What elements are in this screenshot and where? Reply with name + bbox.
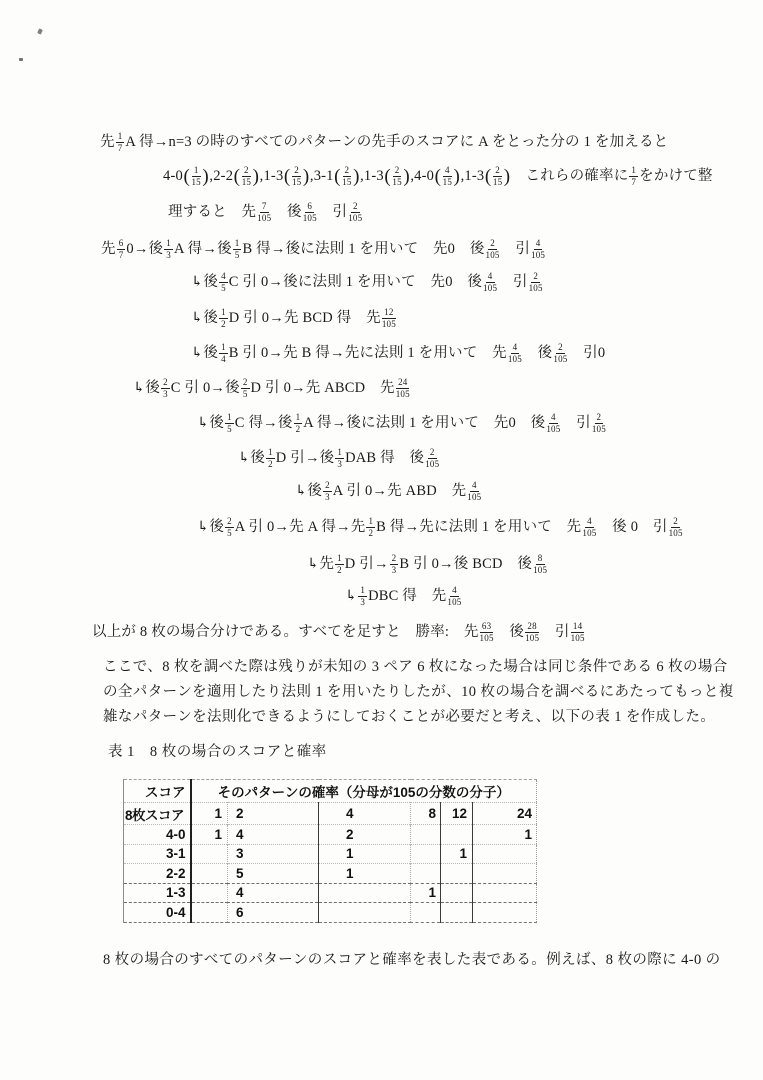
fraction-numerator: 2 <box>531 272 540 283</box>
fraction-numerator: 4 <box>549 413 558 424</box>
math-line: 以上が 8 枚の場合分けである。すべてを足すと 勝率: 先63105 後2810… <box>92 622 586 643</box>
math-text: 引 <box>540 623 569 641</box>
math-line: ↳先12D 引→23B 引 0→後 BCD 後8105 <box>307 554 548 575</box>
close-parenthesis: ) <box>504 167 511 186</box>
fraction-denominator: 2 <box>268 459 273 469</box>
fraction-denominator: 105 <box>486 250 500 260</box>
fraction: 215 <box>493 166 502 187</box>
fraction-denominator: 105 <box>531 250 545 260</box>
close-parenthesis: ) <box>353 167 360 186</box>
fraction-denominator: 105 <box>447 597 461 607</box>
scan-artifact <box>19 58 23 61</box>
table-cell: 6 <box>228 903 319 923</box>
math-line: ↳後45C 引 0→後に法則 1 を用いて 先0 後4105 引2105 <box>191 272 544 293</box>
math-line: ↳後23C 引 0→後25D 引 0→先 ABCD 先24105 <box>133 378 411 399</box>
fraction: 13 <box>358 586 367 607</box>
math-text: D 引→ <box>345 555 389 573</box>
math-line: ↳後12D 引→後13DAB 得 後2105 <box>238 448 440 469</box>
fraction-numerator: 1 <box>116 132 125 143</box>
math-text: B 得→後に法則 1 を用いて 先0 後 <box>242 240 484 258</box>
table-row: 1-3 4 1 <box>124 883 537 903</box>
fraction: 2105 <box>553 343 567 364</box>
fraction: 4105 <box>467 481 481 502</box>
fraction-numerator: 6 <box>117 239 126 250</box>
table-cell: 2 <box>319 825 411 845</box>
table-subheader-2: 2 <box>228 803 319 825</box>
math-text: ↳先 <box>307 555 334 573</box>
fraction: 12 <box>294 413 303 434</box>
math-text: 4-0 <box>163 167 183 185</box>
fraction-numerator: 1 <box>225 413 234 424</box>
fraction: 23 <box>161 378 170 399</box>
table-cell: 1 <box>319 864 411 884</box>
fraction-denominator: 105 <box>425 459 439 469</box>
fraction-denominator: 3 <box>166 250 171 260</box>
fraction-numerator: 4 <box>450 586 459 597</box>
open-parenthesis: ( <box>183 167 190 186</box>
fraction-numerator: 4 <box>534 239 543 250</box>
fraction-numerator: 2 <box>242 166 251 177</box>
fraction-denominator: 105 <box>546 424 560 434</box>
document-page: 先17A 得→n=3 の時のすべてのパターンの先手のスコアに A をとった分の … <box>0 0 763 1080</box>
math-text: DBC 得 先 <box>368 587 446 605</box>
math-text: B 引 0→先 B 得→先に法則 1 を用いて 先 <box>229 344 507 362</box>
fraction: 2105 <box>592 413 606 434</box>
fraction-numerator: 1 <box>164 239 173 250</box>
table-subheader-1: 1 <box>191 803 228 825</box>
open-parenthesis: ( <box>384 167 391 186</box>
fraction: 4105 <box>447 586 461 607</box>
fraction: 25 <box>241 378 250 399</box>
math-text: 先 <box>101 240 116 258</box>
fraction-numerator: 2 <box>343 166 352 177</box>
fraction-numerator: 4 <box>443 166 452 177</box>
fraction-denominator: 3 <box>360 597 365 607</box>
math-line: ↳後23A 引 0→先 ABD 先4105 <box>295 481 482 502</box>
math-text: D 引 0→先 BCD 得 先 <box>229 309 381 327</box>
fraction-denominator: 105 <box>529 283 543 293</box>
table-cell <box>473 864 537 884</box>
table-subheader-8: 8 <box>411 803 441 825</box>
paragraph-line: の全パターンを適用したり法則 1 を用いたりしたが、10 枚の場合を調べるにあた… <box>103 680 734 705</box>
fraction-denominator: 7 <box>119 250 124 260</box>
fraction: 12 <box>219 308 228 329</box>
table-cell <box>441 883 473 903</box>
fraction: 2105 <box>348 202 362 223</box>
fraction: 4105 <box>546 413 560 434</box>
fraction-numerator: 8 <box>536 554 545 565</box>
math-text: ,4-0 <box>410 167 434 185</box>
math-text: A 引 0→先 A 得→先 <box>235 518 366 536</box>
open-parenthesis: ( <box>234 167 241 186</box>
math-text: 引 <box>501 240 530 258</box>
math-text: ↳後 <box>191 309 218 327</box>
fraction: 23 <box>323 481 332 502</box>
math-text: B 得→先に法則 1 を用いて 先 <box>376 518 581 536</box>
fraction-denominator: 105 <box>508 354 522 364</box>
table-cell: 1 <box>191 825 228 845</box>
close-parenthesis: ) <box>202 167 209 186</box>
fraction-denominator: 2 <box>296 424 301 434</box>
fraction: 7105 <box>257 202 271 223</box>
fraction-denominator: 2 <box>368 528 373 538</box>
fraction: 13 <box>164 239 173 260</box>
table-cell <box>411 903 441 923</box>
table-subheader-score: 8枚スコア <box>124 803 191 825</box>
math-text: A 得→後に法則 1 を用いて 先0 後 <box>303 414 545 432</box>
fraction: 2105 <box>529 272 543 293</box>
math-text: 引 <box>561 414 590 432</box>
fraction: 67 <box>117 239 126 260</box>
score-cell: 2-2 <box>124 864 191 884</box>
table-row: 0-4 6 <box>124 903 537 923</box>
fraction-denominator: 105 <box>257 213 271 223</box>
table-cell: 5 <box>228 864 319 884</box>
fraction-numerator: 63 <box>480 622 493 633</box>
table-cell <box>473 844 537 864</box>
table-cell: 1 <box>441 844 473 864</box>
math-text: ↳ <box>345 587 357 605</box>
math-text: ↳後 <box>295 482 322 500</box>
table-cell: 4 <box>228 825 319 845</box>
math-text: 後 <box>272 203 301 221</box>
fraction-numerator: 4 <box>486 272 495 283</box>
close-parenthesis: ) <box>253 167 260 186</box>
fraction-numerator: 2 <box>493 166 502 177</box>
fraction-numerator: 7 <box>260 202 269 213</box>
table-subheader-4: 4 <box>319 803 411 825</box>
table-cell <box>441 903 473 923</box>
math-line: 理すると 先7105 後6105 引2105 <box>168 202 363 223</box>
fraction-numerator: 1 <box>358 586 367 597</box>
fraction-numerator: 6 <box>305 202 314 213</box>
fraction: 17 <box>629 166 638 187</box>
fraction-denominator: 15 <box>493 177 502 187</box>
paragraph-line: ここで、8 枚を調べた際は残りが未知の 3 ペア 6 枚になった場合は同じ条件で… <box>103 655 734 680</box>
fraction-numerator: 4 <box>219 272 228 283</box>
fraction-numerator: 2 <box>241 378 250 389</box>
fraction: 28105 <box>525 622 539 643</box>
table-cell <box>441 825 473 845</box>
math-line: ↳後12D 引 0→先 BCD 得 先12105 <box>191 308 397 329</box>
fraction-numerator: 4 <box>511 343 520 354</box>
table-subheader-24: 24 <box>473 803 537 825</box>
table-header-probability: そのパターンの確率（分母が105の分数の分子） <box>191 780 537 803</box>
fraction-denominator: 7 <box>631 177 636 187</box>
fraction-denominator: 105 <box>533 565 547 575</box>
fraction-numerator: 2 <box>428 448 437 459</box>
fraction-numerator: 2 <box>671 517 680 528</box>
fraction-denominator: 105 <box>571 633 585 643</box>
table-cell <box>411 825 441 845</box>
fraction: 2105 <box>669 517 683 538</box>
table-cell <box>441 864 473 884</box>
math-text: ,2-2 <box>209 167 233 185</box>
table-cell <box>473 883 537 903</box>
fraction: 12 <box>266 448 275 469</box>
math-text: C 得→後 <box>235 414 293 432</box>
fraction: 215 <box>292 166 301 187</box>
math-text: 後 <box>523 344 552 362</box>
fraction-denominator: 5 <box>243 389 248 399</box>
math-text: ↳後 <box>238 449 265 467</box>
fraction-numerator: 1 <box>192 166 201 177</box>
fraction-numerator: 1 <box>219 343 228 354</box>
math-text: 以上が 8 枚の場合分けである。すべてを足すと 勝率: 先 <box>92 623 479 641</box>
math-text: 引 <box>498 273 527 291</box>
table-cell: 1 <box>473 825 537 845</box>
fraction: 8105 <box>533 554 547 575</box>
close-parenthesis: ) <box>303 167 310 186</box>
table-cell: 3 <box>228 844 319 864</box>
table-cell <box>191 864 228 884</box>
fraction-numerator: 14 <box>571 622 584 633</box>
fraction-numerator: 4 <box>585 517 594 528</box>
fraction: 4105 <box>531 239 545 260</box>
fraction-denominator: 15 <box>342 177 351 187</box>
math-text: 後 <box>495 623 524 641</box>
math-line: ↳後25A 引 0→先 A 得→先12B 得→先に法則 1 を用いて 先4105… <box>197 517 684 538</box>
fraction-denominator: 5 <box>221 283 226 293</box>
fraction-numerator: 2 <box>161 378 170 389</box>
fraction: 12 <box>335 554 344 575</box>
fraction-denominator: 105 <box>525 633 539 643</box>
table-container: スコア そのパターンの確率（分母が105の分数の分子） 8枚スコア 1 2 4 … <box>123 779 537 923</box>
math-text: DAB 得 後 <box>345 449 424 467</box>
fraction-denominator: 15 <box>242 177 251 187</box>
fraction-denominator: 3 <box>163 389 168 399</box>
math-text: D 引→後 <box>276 449 335 467</box>
fraction-denominator: 15 <box>392 177 401 187</box>
score-cell: 0-4 <box>124 903 191 923</box>
math-text: ,1-3 <box>360 167 384 185</box>
score-cell: 1-3 <box>124 883 191 903</box>
fraction-denominator: 105 <box>669 528 683 538</box>
math-line: 先17A 得→n=3 の時のすべてのパターンの先手のスコアに A をとった分の … <box>100 132 668 153</box>
fraction: 215 <box>242 166 251 187</box>
fraction-denominator: 2 <box>337 565 342 575</box>
open-parenthesis: ( <box>284 167 291 186</box>
math-text: 後 0 引 <box>597 518 667 536</box>
close-parenthesis: ) <box>403 167 410 186</box>
math-text: C 引 0→後に法則 1 を用いて 先0 後 <box>229 273 482 291</box>
scan-artifact <box>37 28 43 34</box>
math-text: ↳後 <box>191 344 218 362</box>
fraction-numerator: 24 <box>396 378 409 389</box>
fraction: 4105 <box>483 272 497 293</box>
fraction: 25 <box>225 517 234 538</box>
fraction-numerator: 1 <box>335 448 344 459</box>
math-text: A 引 0→先 ABD 先 <box>333 482 467 500</box>
math-line: ↳後14B 引 0→先 B 得→先に法則 1 を用いて 先4105 後2105 … <box>191 343 605 364</box>
fraction-numerator: 1 <box>294 413 303 424</box>
fraction-denominator: 7 <box>118 143 123 153</box>
fraction-denominator: 3 <box>337 459 342 469</box>
table-cell: 4 <box>228 883 319 903</box>
math-text: A 得→n=3 の時のすべてのパターンの先手のスコアに A をとった分の 1 を… <box>125 133 668 151</box>
table-subheader-12: 12 <box>441 803 473 825</box>
fraction: 12 <box>366 517 375 538</box>
fraction-denominator: 3 <box>392 565 397 575</box>
fraction-denominator: 5 <box>227 528 232 538</box>
math-text: A 得→後 <box>174 240 232 258</box>
table-cell <box>319 883 411 903</box>
math-text: ↳後 <box>197 518 224 536</box>
table-cell <box>411 844 441 864</box>
fraction-numerator: 12 <box>382 308 395 319</box>
fraction: 15 <box>225 413 234 434</box>
fraction-numerator: 1 <box>233 239 242 250</box>
paragraph-line: 雑なパターンを法則化できるようにしておくことが必要だと考え、以下の表 1 を作成… <box>103 705 734 730</box>
math-text: 0→後 <box>126 240 163 258</box>
table-cell: 1 <box>411 883 441 903</box>
fraction-denominator: 5 <box>235 250 240 260</box>
table-row: 3-1 3 1 1 <box>124 844 537 864</box>
math-line: ↳後15C 得→後12A 得→後に法則 1 を用いて 先0 後4105 引210… <box>197 413 607 434</box>
open-parenthesis: ( <box>334 167 341 186</box>
table-cell <box>191 883 228 903</box>
fraction-numerator: 2 <box>323 481 332 492</box>
summary-paragraph: ここで、8 枚を調べた際は残りが未知の 3 ペア 6 枚になった場合は同じ条件で… <box>103 655 734 730</box>
fraction-denominator: 105 <box>553 354 567 364</box>
fraction-denominator: 105 <box>480 633 494 643</box>
fraction-numerator: 2 <box>292 166 301 177</box>
fraction: 15 <box>233 239 242 260</box>
fraction: 115 <box>191 166 200 187</box>
fraction-numerator: 2 <box>390 554 399 565</box>
fraction: 12105 <box>382 308 396 329</box>
fraction: 2105 <box>486 239 500 260</box>
math-text: ,1-3 <box>260 167 284 185</box>
fraction-numerator: 4 <box>470 481 479 492</box>
score-cell: 4-0 <box>124 825 191 845</box>
fraction-denominator: 3 <box>325 492 330 502</box>
fraction: 415 <box>443 166 452 187</box>
math-text: B 引 0→後 BCD 後 <box>399 555 532 573</box>
math-text: 引0 <box>568 344 605 362</box>
math-text: ,3-1 <box>310 167 334 185</box>
fraction-numerator: 2 <box>351 202 360 213</box>
fraction-denominator: 15 <box>443 177 452 187</box>
fraction-numerator: 28 <box>525 622 538 633</box>
math-line: 4-0(115),2-2(215),1-3(215),3-1(215),1-3(… <box>163 166 713 187</box>
fraction-denominator: 2 <box>221 319 226 329</box>
fraction: 23 <box>390 554 399 575</box>
table-cell <box>473 903 537 923</box>
fraction: 13 <box>335 448 344 469</box>
fraction-denominator: 15 <box>292 177 301 187</box>
fraction: 4105 <box>582 517 596 538</box>
fraction-numerator: 1 <box>335 554 344 565</box>
fraction-numerator: 2 <box>556 343 565 354</box>
fraction-numerator: 1 <box>266 448 275 459</box>
close-parenthesis: ) <box>454 167 461 186</box>
score-probability-table: スコア そのパターンの確率（分母が105の分数の分子） 8枚スコア 1 2 4 … <box>123 779 537 923</box>
math-line: ↳13DBC 得 先4105 <box>345 586 463 607</box>
fraction: 14 <box>219 343 228 364</box>
fraction-numerator: 2 <box>595 413 604 424</box>
fraction-numerator: 2 <box>225 517 234 528</box>
closing-text: 8 枚の場合のすべてのパターンのスコアと確率を表した表である。例えば、8 枚の際… <box>103 948 721 969</box>
math-text: D 引 0→先 ABCD 先 <box>251 379 395 397</box>
table-caption: 表 1 8 枚の場合のスコアと確率 <box>108 740 327 761</box>
math-text: 理すると 先 <box>168 203 256 221</box>
math-text: ↳後 <box>133 379 160 397</box>
fraction-denominator: 105 <box>582 528 596 538</box>
fraction: 215 <box>342 166 351 187</box>
fraction: 14105 <box>571 622 585 643</box>
fraction-denominator: 105 <box>483 283 497 293</box>
score-cell: 3-1 <box>124 844 191 864</box>
fraction-denominator: 105 <box>396 389 410 399</box>
fraction-numerator: 2 <box>488 239 497 250</box>
fraction: 2105 <box>425 448 439 469</box>
math-text: ↳後 <box>191 273 218 291</box>
table-cell <box>319 903 411 923</box>
fraction-denominator: 105 <box>467 492 481 502</box>
table-row: 2-2 5 1 <box>124 864 537 884</box>
table-row: 4-0 1 4 2 1 <box>124 825 537 845</box>
math-text: をかけて整 <box>639 167 713 185</box>
fraction-numerator: 2 <box>393 166 402 177</box>
fraction: 63105 <box>480 622 494 643</box>
fraction-denominator: 4 <box>221 354 226 364</box>
math-text: ,1-3 <box>461 167 485 185</box>
math-text: C 引 0→後 <box>171 379 240 397</box>
math-text: 先 <box>100 133 115 151</box>
fraction-denominator: 5 <box>227 424 232 434</box>
fraction-denominator: 105 <box>382 319 396 329</box>
table-cell <box>191 844 228 864</box>
fraction-numerator: 1 <box>219 308 228 319</box>
fraction-denominator: 105 <box>592 424 606 434</box>
math-text: 引 <box>318 203 347 221</box>
fraction: 4105 <box>508 343 522 364</box>
fraction-numerator: 1 <box>629 166 638 177</box>
table-cell <box>191 903 228 923</box>
table-cell <box>411 864 441 884</box>
table-header-score: スコア <box>124 780 191 803</box>
fraction: 17 <box>116 132 125 153</box>
math-text: ↳後 <box>197 414 224 432</box>
open-parenthesis: ( <box>485 167 492 186</box>
fraction-denominator: 15 <box>191 177 200 187</box>
fraction: 45 <box>219 272 228 293</box>
table-cell: 1 <box>319 844 411 864</box>
fraction-denominator: 105 <box>303 213 317 223</box>
fraction: 6105 <box>303 202 317 223</box>
math-line: 先670→後13A 得→後15B 得→後に法則 1 を用いて 先0 後2105 … <box>101 239 546 260</box>
fraction: 24105 <box>396 378 410 399</box>
fraction: 215 <box>392 166 401 187</box>
open-parenthesis: ( <box>435 167 442 186</box>
fraction-numerator: 1 <box>366 517 375 528</box>
fraction-denominator: 105 <box>348 213 362 223</box>
math-text: これらの確率に <box>511 167 629 185</box>
